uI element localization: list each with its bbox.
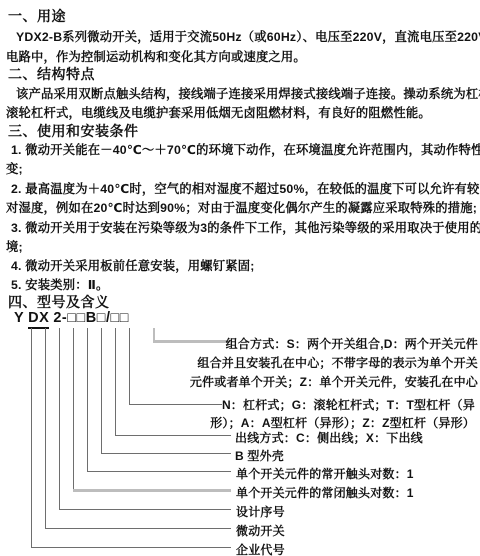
label-micro-switch: 微动开关 <box>236 522 285 539</box>
connector-vertical-line <box>115 328 116 435</box>
model-switch-letters: DX <box>28 310 49 329</box>
connector-horizontal-line <box>59 509 231 510</box>
body-line: 3. 微动开关用于安装在污染等级为3的条件下工作，其他污染等级的采用取决于使用的… <box>11 218 480 236</box>
connector-vertical-line <box>31 328 32 547</box>
body-line: 对湿度，例如在20℃时达到90%；对由于温度变化偶尔产生的凝露应采取特殊的措施; <box>6 198 477 216</box>
body-line: 变; <box>6 159 23 177</box>
connector-vertical-line <box>73 328 74 490</box>
label-combination-mode: 组合方式：S：两个开关组合,D：两个开关元件 组合并且安装孔在中心；不带字母的表… <box>190 335 478 392</box>
connector-vertical-line <box>45 328 46 528</box>
body-line: 5. 安装类别：Ⅱ。 <box>11 275 109 293</box>
label-company-code: 企业代号 <box>236 541 285 556</box>
connector-vertical-line <box>101 328 102 453</box>
section-heading-usage: 一、用途 <box>8 6 66 26</box>
model-company-letter: Y <box>14 310 24 326</box>
connector-horizontal-line <box>129 404 222 405</box>
body-line: YDX2-B系列微动开关，适用于交流50Hz（或60Hz）、电压至220V，直流… <box>16 27 480 45</box>
label-combination-line: 组合并且安装孔在中心；不带字母的表示为单个开关 <box>190 354 478 373</box>
label-no-contact-pairs: 单个开关元件的常开触头对数：1 <box>236 465 414 482</box>
body-line: 1. 微动开关能在－40℃～＋70℃的环境下动作，在环境温度允许范围内，其动作特… <box>11 140 480 158</box>
connector-horizontal-line <box>73 489 231 492</box>
section-heading-structure: 二、结构特点 <box>8 64 95 84</box>
connector-vertical-line <box>129 328 130 404</box>
body-line: 该产品采用双断点触头结构，接线端子连接采用焊接式接线端子连接。操动系统为杠杆式或 <box>16 84 480 102</box>
model-code-rest: 2-□□B□/□□ <box>53 310 129 326</box>
document-page: 一、用途 YDX2-B系列微动开关，适用于交流50Hz（或60Hz）、电压至22… <box>0 0 480 556</box>
connector-horizontal-line <box>45 528 231 529</box>
label-nc-contact-pairs: 单个开关元件的常闭触头对数：1 <box>236 484 414 501</box>
model-designation-diagram: YDX2-□□B□/□□ 组合方式：S：两个开关组合,D：两个开关元件 组合并且… <box>0 308 480 556</box>
connector-horizontal-line <box>115 435 231 436</box>
section-heading-conditions: 三、使用和安装条件 <box>8 121 139 141</box>
connector-vertical-line <box>59 328 60 509</box>
connector-horizontal-line <box>31 547 231 548</box>
body-line: 境; <box>6 237 23 255</box>
label-combination-line: 元件或者单个开关；Z：单个开关元件，安装孔在中心 <box>190 373 478 392</box>
connector-vertical-line <box>87 328 88 471</box>
label-shell-type: B 型外壳 <box>235 447 284 464</box>
body-line: 滚轮杠杆式，电缆线及电缆护套采用低烟无卤阻燃材料，有良好的阻燃性能。 <box>6 103 431 121</box>
body-line: 电路中，作为控制运动机构和变化其方向或速度之用。 <box>6 47 306 65</box>
label-combination-line: 组合方式：S：两个开关组合,D：两个开关元件 <box>190 335 478 354</box>
label-outlet-type: 出线方式：C：侧出线；X：下出线 <box>235 429 423 446</box>
connector-horizontal-line <box>101 453 231 454</box>
connector-horizontal-line <box>87 471 231 472</box>
body-line: 2. 最高温度为＋40℃时，空气的相对湿度不超过50%，在较低的温度下可以允许有… <box>11 179 480 197</box>
body-line: 4. 微动开关采用板前任意安装，用螺钉紧固; <box>11 256 255 274</box>
label-lever-line: N：杠杆式；G：滚轮杠杆式；T：T型杠杆（异 <box>210 396 475 414</box>
label-lever-type: N：杠杆式；G：滚轮杠杆式；T：T型杠杆（异 形）；A：A型杠杆（异形）；Z：Z… <box>210 396 475 432</box>
label-design-serial: 设计序号 <box>236 503 285 520</box>
model-code: YDX2-□□B□/□□ <box>14 310 129 329</box>
